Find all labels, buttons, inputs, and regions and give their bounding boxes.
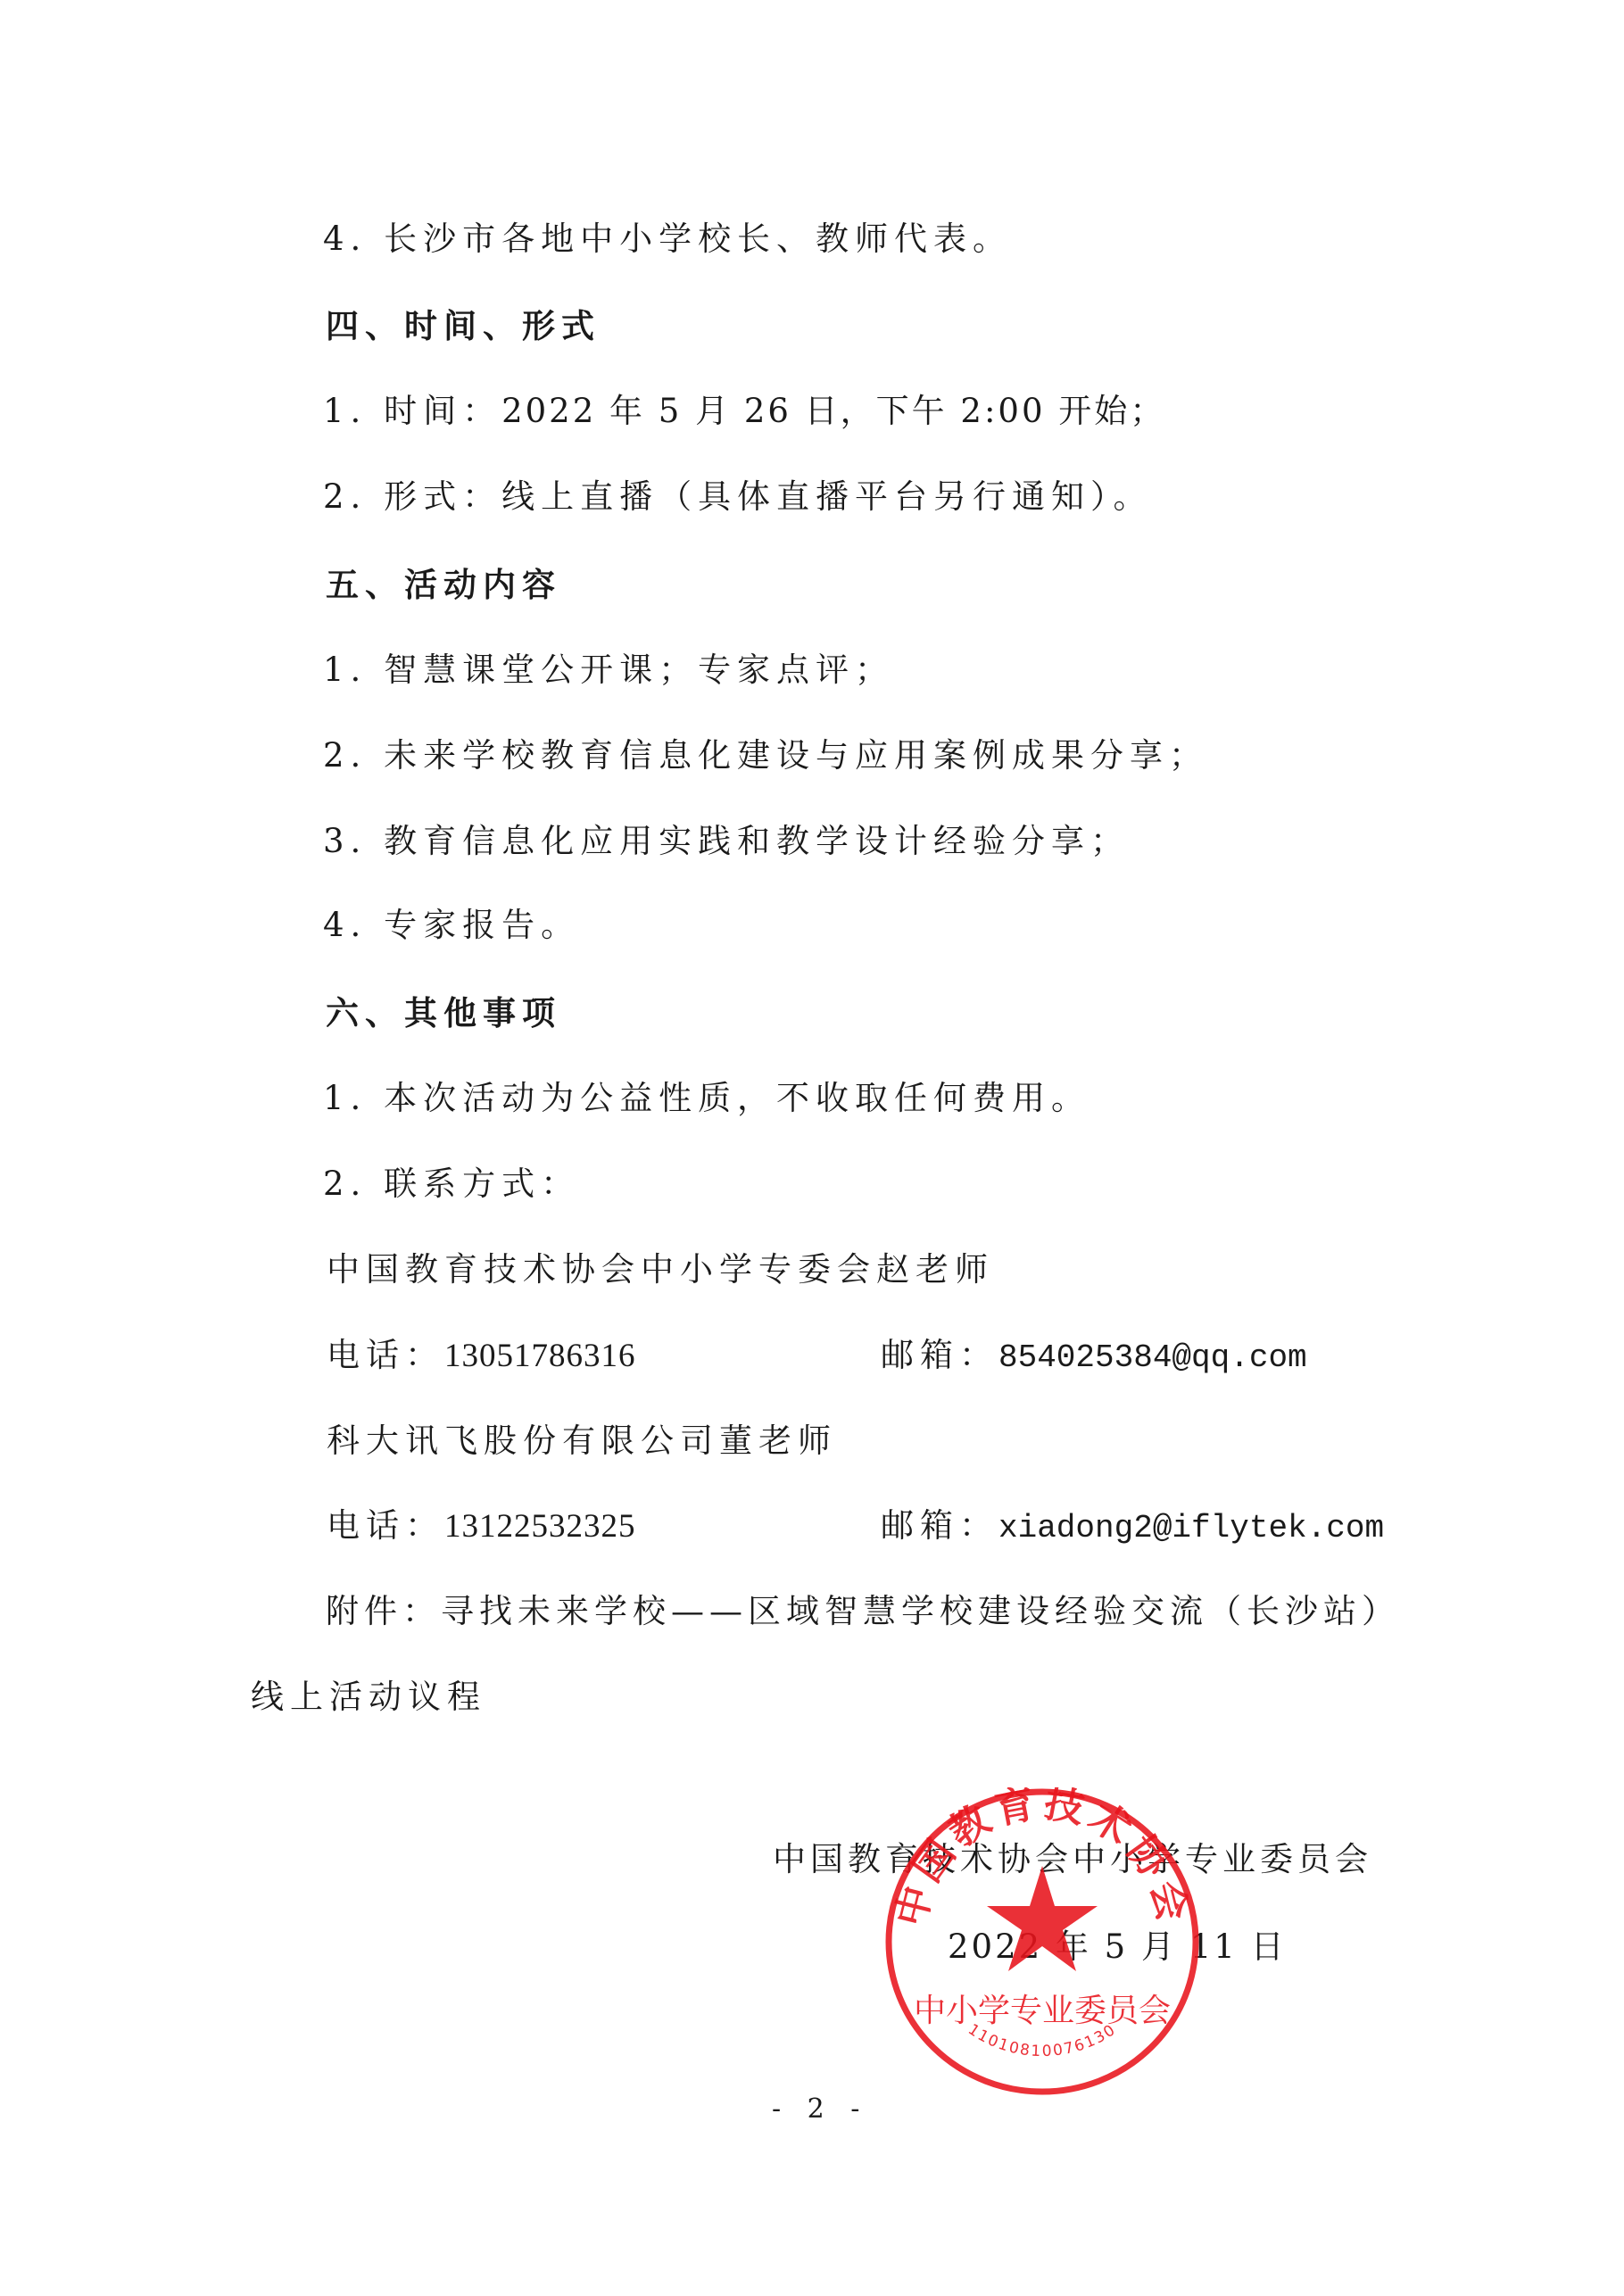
time-value: 2022 年 5 月 26 日，下午 2:00 开始； xyxy=(501,392,1165,430)
email-label: 邮箱： xyxy=(881,1336,998,1374)
contact-phone-1: 电话：13051786316 xyxy=(327,1336,636,1376)
phone-value: 13051786316 xyxy=(444,1338,636,1374)
participant-item-4: 4. 长沙市各地中小学校长、教师代表。 xyxy=(323,220,1012,259)
phone-label: 电话： xyxy=(327,1336,444,1374)
contact-org-1: 中国教育技术协会中小学专委会赵老师 xyxy=(327,1250,994,1289)
contact-email-2: 邮箱：xiadong2@iflytek.com xyxy=(881,1506,1384,1548)
section-heading-time-format: 四、时间、形式 xyxy=(326,306,601,345)
attachment-line-2: 线上活动议程 xyxy=(251,1678,486,1717)
seal-serial-text: 11010810076130 xyxy=(965,2020,1120,2060)
email-label: 邮箱： xyxy=(881,1506,998,1545)
time-label: 1. 时间： xyxy=(323,392,501,430)
phone-value: 13122532325 xyxy=(444,1508,636,1545)
contact-email-1: 邮箱：854025384@qq.com xyxy=(881,1336,1307,1378)
contact-phone-2: 电话：13122532325 xyxy=(327,1506,636,1546)
content-item-1: 1. 智慧课堂公开课；专家点评； xyxy=(323,651,894,690)
signature-date: 2022 年 5 月 11 日 xyxy=(948,1927,1287,1967)
seal-center-text: 中小学专业委员会 xyxy=(914,1993,1171,2029)
time-item: 1. 时间：2022 年 5 月 26 日，下午 2:00 开始； xyxy=(323,392,1165,431)
attachment-line-1: 附件：寻找未来学校——区域智慧学校建设经验交流（长沙站） xyxy=(326,1592,1400,1631)
other-item-2: 2. 联系方式： xyxy=(323,1165,580,1204)
format-item: 2. 形式：线上直播（具体直播平台另行通知）。 xyxy=(323,477,1153,517)
email-value: xiadong2@iflytek.com xyxy=(998,1510,1384,1546)
document-page: 4. 长沙市各地中小学校长、教师代表。 四、时间、形式 1. 时间：2022 年… xyxy=(0,0,1624,2296)
other-item-1: 1. 本次活动为公益性质，不收取任何费用。 xyxy=(323,1079,1090,1118)
content-item-4: 4. 专家报告。 xyxy=(323,906,580,945)
section-heading-other-matters: 六、其他事项 xyxy=(326,993,561,1032)
phone-label: 电话： xyxy=(327,1506,444,1545)
email-value: 854025384@qq.com xyxy=(998,1339,1307,1376)
signature-org: 中国教育技术协会中小学专业委员会 xyxy=(773,1840,1372,1879)
contact-org-2: 科大讯飞股份有限公司董老师 xyxy=(327,1422,837,1461)
content-item-3: 3. 教育信息化应用实践和教学设计经验分享； xyxy=(323,822,1130,861)
content-item-2: 2. 未来学校教育信息化建设与应用案例成果分享； xyxy=(323,736,1208,775)
page-number: - 2 - xyxy=(772,2093,868,2125)
svg-text:11010810076130: 11010810076130 xyxy=(965,2020,1120,2060)
section-heading-activity-content: 五、活动内容 xyxy=(326,565,561,604)
